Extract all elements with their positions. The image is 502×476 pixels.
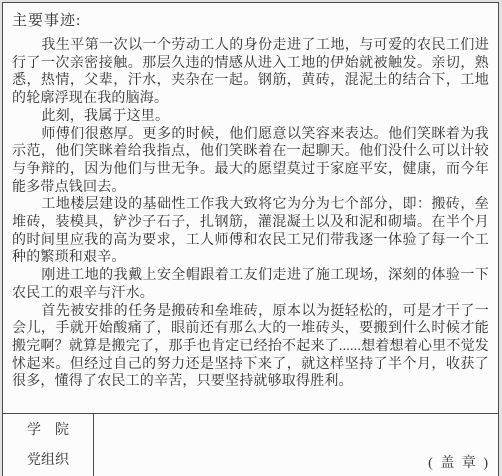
- body-paragraph: 师傅们很憨厚。更多的时候，他们愿意以笑容来表达。他们笑眯着为我示范，他们笑眯着给…: [12, 126, 489, 197]
- body-paragraph: 首先被安排的任务是搬砖和垒堆砖，原本以为挺轻松的，可是才干了一会儿，手就开始酸痛…: [12, 303, 489, 392]
- body-paragraph: 此刻，我属于这里。: [12, 108, 489, 126]
- main-deeds-cell: 主要事迹: 我生平第一次以一个劳动工人的身份走进了工地，与可爱的农民工们进行了一…: [3, 3, 498, 413]
- org-label-cell: 学 院 党组织: [3, 414, 94, 476]
- footer-row: 学 院 党组织 ( 盖 章 ): [3, 413, 498, 476]
- form-sheet: 主要事迹: 我生平第一次以一个劳动工人的身份走进了工地，与可爱的农民工们进行了一…: [2, 2, 499, 476]
- org-label-line2: 党组织: [3, 453, 93, 469]
- body-paragraph: 刚进工地的我戴上安全帽跟着工友们走进了施工现场，深刻的体验一下农民工的艰辛与汗水…: [12, 267, 489, 302]
- seal-cell: ( 盖 章 ): [94, 414, 498, 476]
- deeds-text-block: 我生平第一次以一个劳动工人的身份走进了工地，与可爱的农民工们进行了一次亲密接触。…: [12, 37, 489, 391]
- body-paragraph: 工地楼层建设的基础性工作我大致将它为分为七个部分，即：搬砖，垒堆砖，装模具，铲沙…: [12, 196, 489, 267]
- section-title: 主要事迹:: [12, 9, 489, 30]
- seal-placeholder: ( 盖 章 ): [428, 452, 490, 472]
- org-label-line1: 学 院: [3, 423, 93, 439]
- body-paragraph: 我生平第一次以一个劳动工人的身份走进了工地，与可爱的农民工们进行了一次亲密接触。…: [12, 37, 489, 108]
